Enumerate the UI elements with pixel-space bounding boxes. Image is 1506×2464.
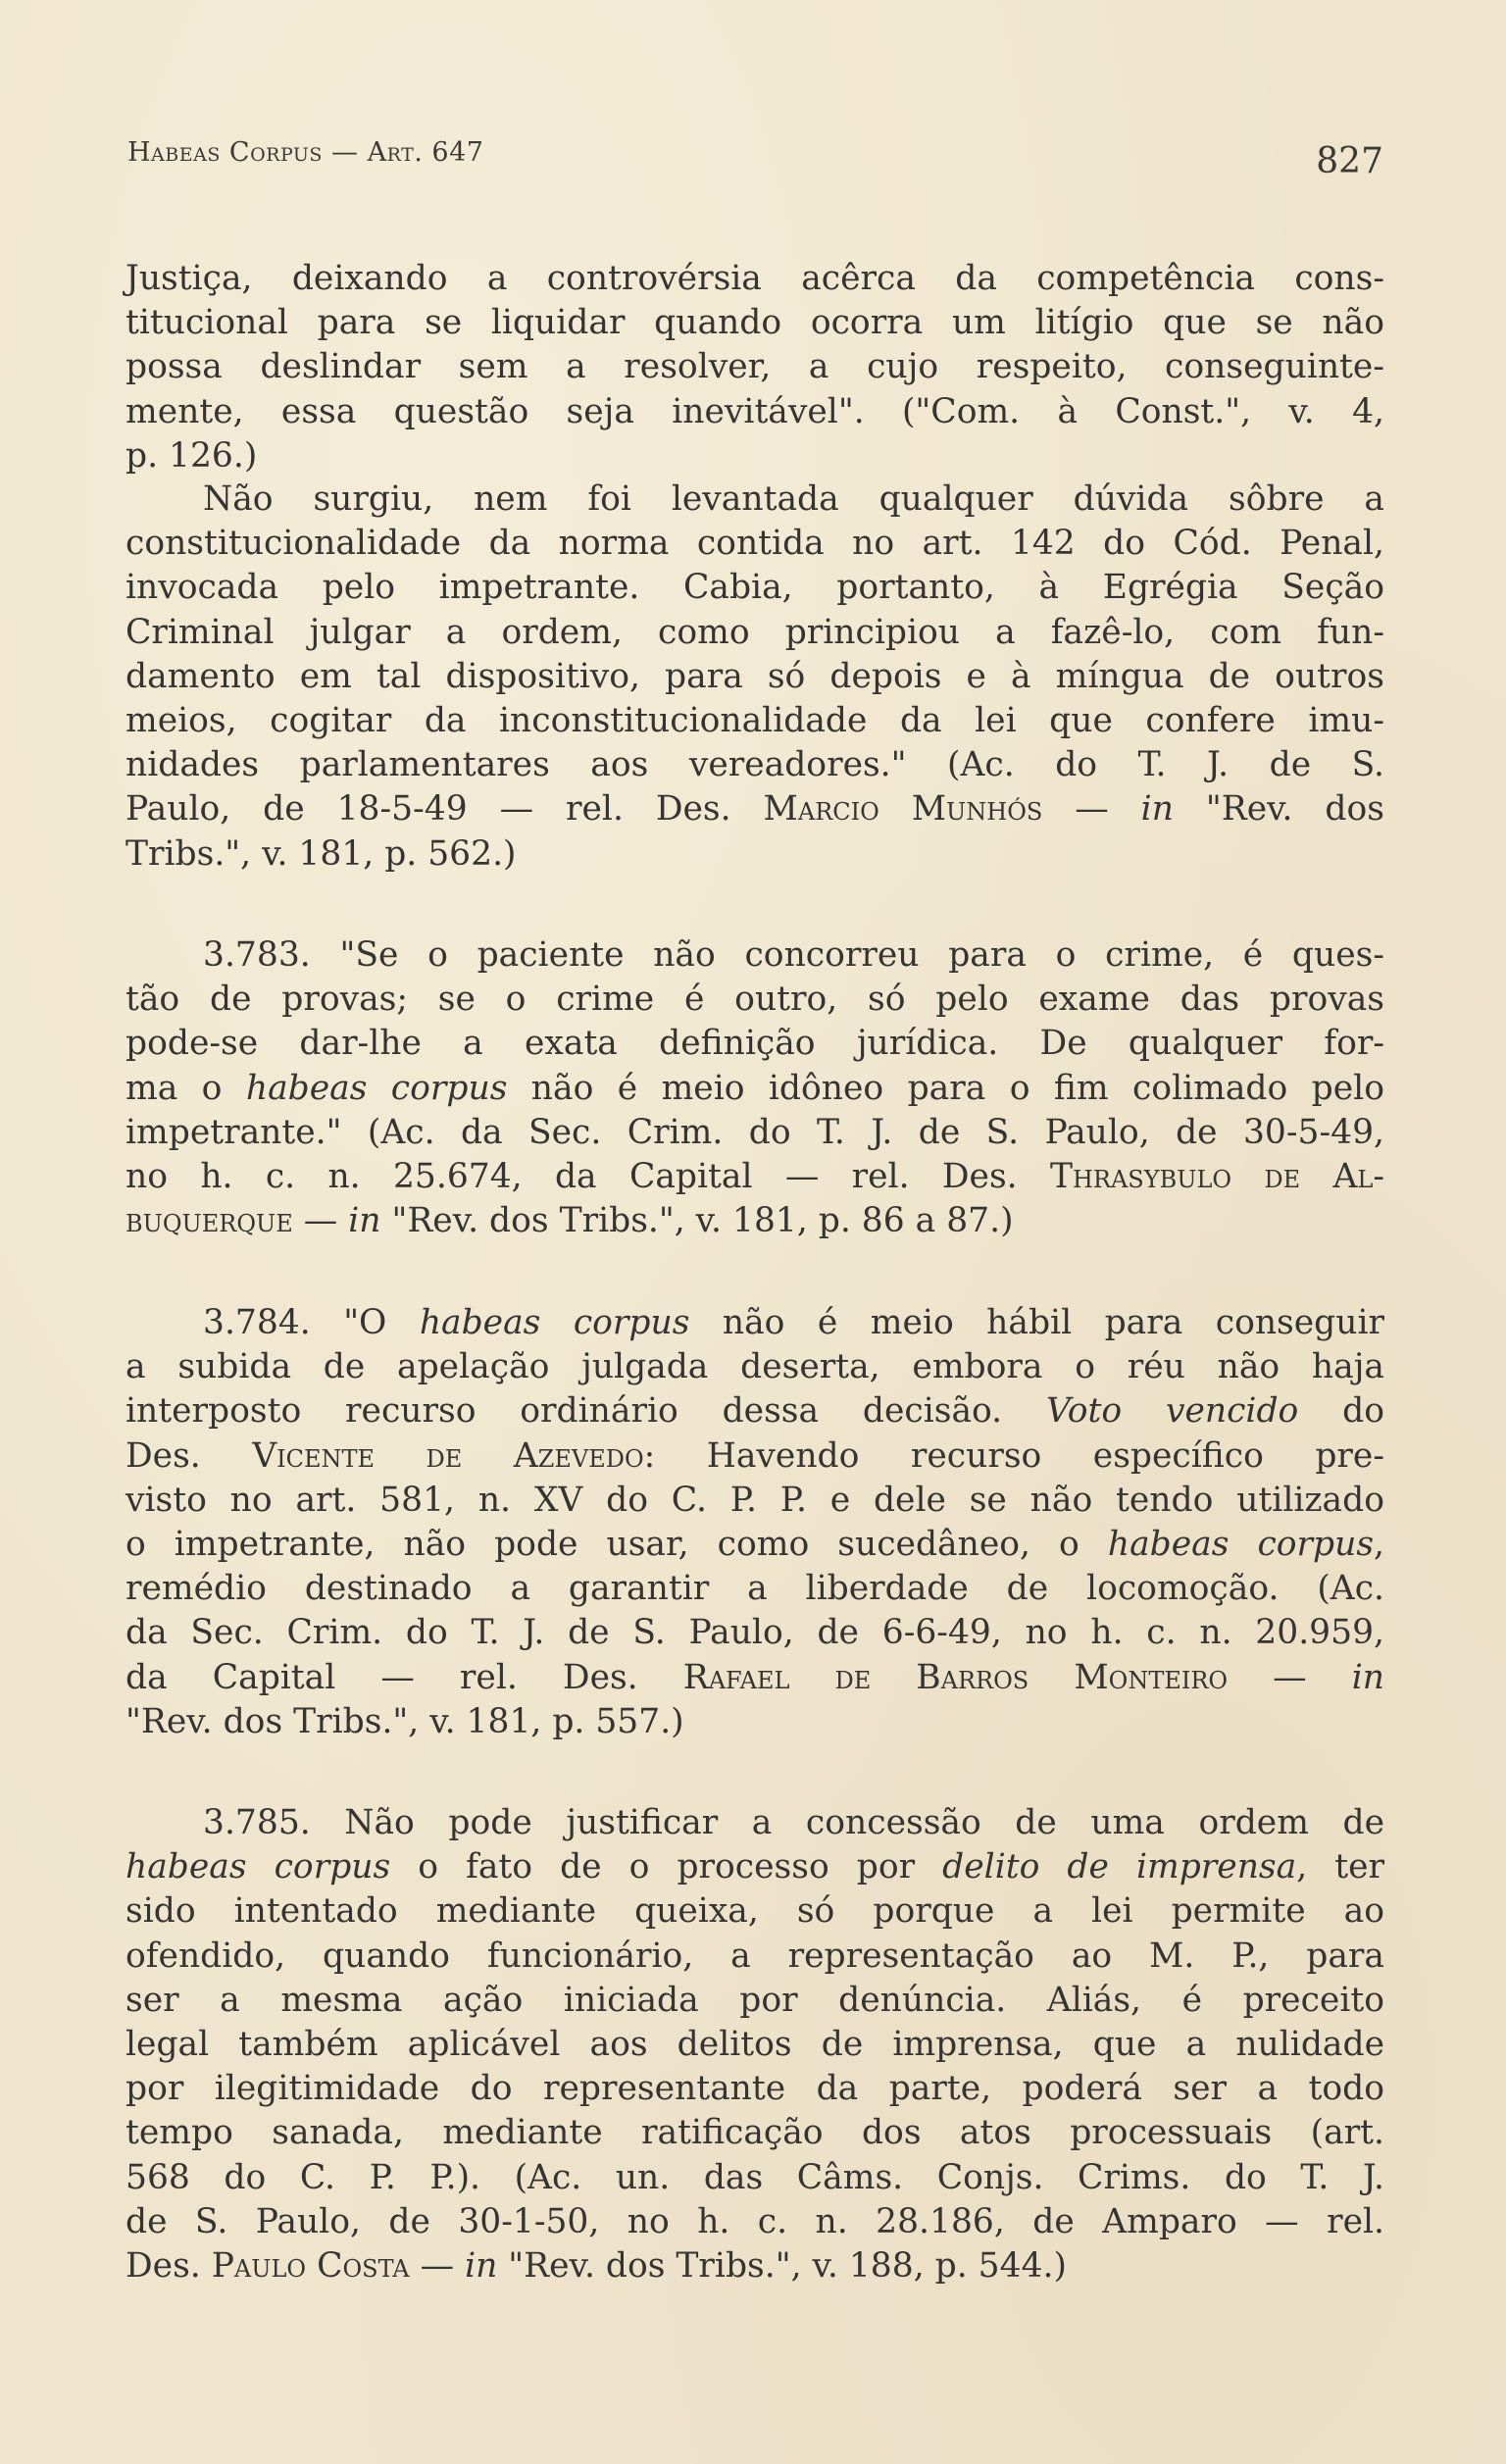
small-caps-run: Marcio Munhós: [764, 789, 1043, 829]
text-run: impetrante." (Ac. da Sec. Crim. do T. J.…: [125, 1113, 1384, 1152]
text-line: no h. c. n. 25.674, da Capital — rel. De…: [125, 1155, 1384, 1198]
text-run: interposto recurso ordinário dessa decis…: [125, 1391, 1046, 1431]
text-run: —: [1228, 1658, 1352, 1697]
text-line: remédio destinado a garantir a liberdade…: [125, 1567, 1384, 1610]
text-line: "Rev. dos Tribs.", v. 181, p. 557.): [125, 1700, 1384, 1743]
text-line: a subida de apelação julgada deserta, em…: [125, 1345, 1384, 1388]
text-line: pode-se dar-lhe a exata definição jurídi…: [125, 1022, 1384, 1065]
text-run: p. 126.): [125, 436, 257, 476]
text-line: sido intentado mediante queixa, só porqu…: [125, 1889, 1384, 1933]
text-run: remédio destinado a garantir a liberdade…: [125, 1569, 1384, 1608]
text-line: damento em tal dispositivo, para só depo…: [125, 655, 1384, 698]
text-run: visto no art. 581, n. XV do C. P. P. e d…: [125, 1481, 1384, 1520]
text-line: visto no art. 581, n. XV do C. P. P. e d…: [125, 1479, 1384, 1522]
text-line: Justiça, deixando a controvérsia acêrca …: [125, 257, 1384, 300]
text-run: do: [1298, 1391, 1384, 1431]
text-run: 3.784. "O: [203, 1303, 420, 1342]
text-line: mente, essa questão seja inevitável". ("…: [125, 390, 1384, 433]
text-run: não é meio idôneo para o fim colimado pe…: [507, 1069, 1384, 1108]
small-caps-run: Rafael de Barros Monteiro: [683, 1658, 1228, 1697]
text-run: o impetrante, não pode usar, como sucedâ…: [125, 1525, 1108, 1564]
text-run: : Havendo recurso específico pre-: [644, 1436, 1384, 1476]
italic-run: habeas corpus: [125, 1847, 390, 1886]
text-run: Tribs.", v. 181, p. 562.): [125, 834, 517, 874]
italic-run: in: [348, 1201, 380, 1240]
small-caps-run: Vicente de Azevedo: [252, 1436, 643, 1476]
text-run: —: [293, 1201, 348, 1240]
text-line: interposto recurso ordinário dessa decis…: [125, 1389, 1384, 1433]
text-run: "Rev. dos: [1174, 789, 1384, 829]
text-line: ser a mesma ação iniciada por denúncia. …: [125, 1979, 1384, 2022]
text-run: da Capital — rel. Des.: [125, 1658, 683, 1697]
text-run: , ter: [1296, 1847, 1384, 1886]
text-line: 568 do C. P. P.). (Ac. un. das Câms. Con…: [125, 2156, 1384, 2199]
text-run: 3.783. "Se o paciente não concorreu para…: [203, 935, 1384, 975]
text-run: sido intentado mediante queixa, só porqu…: [125, 1891, 1384, 1931]
text-run: titucional para se liquidar quando ocorr…: [125, 303, 1384, 342]
text-line: da Sec. Crim. do T. J. de S. Paulo, de 6…: [125, 1611, 1384, 1654]
text-run: Justiça, deixando a controvérsia acêrca …: [125, 259, 1384, 298]
text-run: ofendido, quando funcionário, a represen…: [125, 1936, 1384, 1976]
text-line: tão de provas; se o crime é outro, só pe…: [125, 978, 1384, 1021]
text-run: de S. Paulo, de 30-1-50, no h. c. n. 28.…: [125, 2202, 1384, 2241]
running-head: Habeas Corpus — Art. 647: [127, 137, 483, 168]
text-run: no h. c. n. 25.674, da Capital — rel. De…: [125, 1157, 1050, 1196]
text-line: habeas corpus o fato de o processo por d…: [125, 1845, 1384, 1888]
text-line: o impetrante, não pode usar, como sucedâ…: [125, 1523, 1384, 1566]
text-run: "Rev. dos Tribs.", v. 188, p. 544.): [497, 2246, 1067, 2286]
text-run: Criminal julgar a ordem, como principiou…: [125, 613, 1384, 652]
text-run: "Rev. dos Tribs.", v. 181, p. 86 a 87.): [380, 1201, 1013, 1240]
text-line: Paulo, de 18-5-49 — rel. Des. Marcio Mun…: [125, 787, 1384, 830]
text-run: mente, essa questão seja inevitável". ("…: [125, 392, 1384, 431]
text-run: 3.785. Não pode justificar a concessão d…: [203, 1803, 1384, 1842]
text-line: p. 126.): [125, 434, 1384, 478]
text-line: possa deslindar sem a resolver, a cujo r…: [125, 345, 1384, 388]
text-line: Tribs.", v. 181, p. 562.): [125, 832, 1384, 876]
small-caps-run: Thrasybulo de Al-: [1050, 1157, 1384, 1196]
text-run: "Rev. dos Tribs.", v. 181, p. 557.): [125, 1702, 684, 1741]
italic-run: habeas corpus: [1108, 1525, 1374, 1564]
text-run: da Sec. Crim. do T. J. de S. Paulo, de 6…: [125, 1613, 1384, 1652]
text-line: de S. Paulo, de 30-1-50, no h. c. n. 28.…: [125, 2200, 1384, 2243]
text-run: ser a mesma ação iniciada por denúncia. …: [125, 1981, 1384, 2020]
text-line: titucional para se liquidar quando ocorr…: [125, 301, 1384, 344]
text-run: 568 do C. P. P.). (Ac. un. das Câms. Con…: [125, 2158, 1384, 2197]
text-run: meios, cogitar da inconstitucionalidade …: [125, 701, 1384, 740]
italic-run: delito de imprensa: [942, 1847, 1296, 1886]
small-caps-run: buquerque: [125, 1201, 293, 1240]
text-line: Não surgiu, nem foi levantada qualquer d…: [203, 478, 1384, 521]
text-line: constitucionalidade da norma contida no …: [125, 522, 1384, 565]
text-line: legal também aplicável aos delitos de im…: [125, 2023, 1384, 2066]
text-run: —: [1042, 789, 1140, 829]
text-run: damento em tal dispositivo, para só depo…: [125, 657, 1384, 696]
text-line: nidades parlamentares aos vereadores." (…: [125, 743, 1384, 786]
text-line: Des. Vicente de Azevedo: Havendo recurso…: [125, 1434, 1384, 1478]
text-line: 3.784. "O habeas corpus não é meio hábil…: [203, 1301, 1384, 1344]
text-run: constitucionalidade da norma contida no …: [125, 524, 1384, 563]
page-number: 827: [1316, 141, 1383, 181]
text-line: da Capital — rel. Des. Rafael de Barros …: [125, 1656, 1384, 1699]
book-page: Habeas Corpus — Art. 647 827 Justiça, de…: [0, 0, 1506, 2464]
italic-run: habeas corpus: [246, 1069, 508, 1108]
text-line: 3.783. "Se o paciente não concorreu para…: [203, 933, 1384, 977]
text-run: pode-se dar-lhe a exata definição jurídi…: [125, 1024, 1384, 1063]
italic-run: Voto vencido: [1046, 1391, 1298, 1431]
text-line: buquerque — in "Rev. dos Tribs.", v. 181…: [125, 1199, 1384, 1242]
text-run: não é meio hábil para conseguir: [689, 1303, 1384, 1342]
text-line: ofendido, quando funcionário, a represen…: [125, 1935, 1384, 1978]
text-run: tempo sanada, mediante ratificação dos a…: [125, 2113, 1384, 2152]
text-line: meios, cogitar da inconstitucionalidade …: [125, 699, 1384, 742]
italic-run: in: [1141, 789, 1174, 829]
text-run: o fato de o processo por: [390, 1847, 942, 1886]
text-run: ma o: [125, 1069, 246, 1108]
text-line: por ilegitimidade do representante da pa…: [125, 2067, 1384, 2110]
text-run: legal também aplicável aos delitos de im…: [125, 2025, 1384, 2064]
text-run: tão de provas; se o crime é outro, só pe…: [125, 980, 1384, 1019]
text-line: 3.785. Não pode justificar a concessão d…: [203, 1801, 1384, 1844]
text-run: Paulo, de 18-5-49 — rel. Des.: [125, 789, 764, 829]
text-line: Des. Paulo Costa — in "Rev. dos Tribs.",…: [125, 2244, 1384, 2288]
italic-run: habeas corpus: [420, 1303, 690, 1342]
text-line: Criminal julgar a ordem, como principiou…: [125, 611, 1384, 654]
text-run: Não surgiu, nem foi levantada qualquer d…: [203, 479, 1384, 519]
text-line: invocada pelo impetrante. Cabia, portant…: [125, 566, 1384, 609]
text-line: ma o habeas corpus não é meio idôneo par…: [125, 1067, 1384, 1110]
italic-run: in: [465, 2246, 497, 2286]
text-run: por ilegitimidade do representante da pa…: [125, 2069, 1384, 2108]
text-line: tempo sanada, mediante ratificação dos a…: [125, 2111, 1384, 2154]
text-run: Des.: [125, 1436, 252, 1476]
text-run: ,: [1374, 1525, 1384, 1564]
text-line: impetrante." (Ac. da Sec. Crim. do T. J.…: [125, 1111, 1384, 1154]
text-run: possa deslindar sem a resolver, a cujo r…: [125, 347, 1384, 386]
text-run: Des.: [125, 2246, 212, 2286]
text-run: —: [410, 2246, 465, 2286]
text-run: nidades parlamentares aos vereadores." (…: [125, 745, 1384, 784]
text-run: a subida de apelação julgada deserta, em…: [125, 1347, 1384, 1386]
italic-run: in: [1352, 1658, 1384, 1697]
text-run: invocada pelo impetrante. Cabia, portant…: [125, 568, 1384, 607]
small-caps-run: Paulo Costa: [212, 2246, 410, 2286]
